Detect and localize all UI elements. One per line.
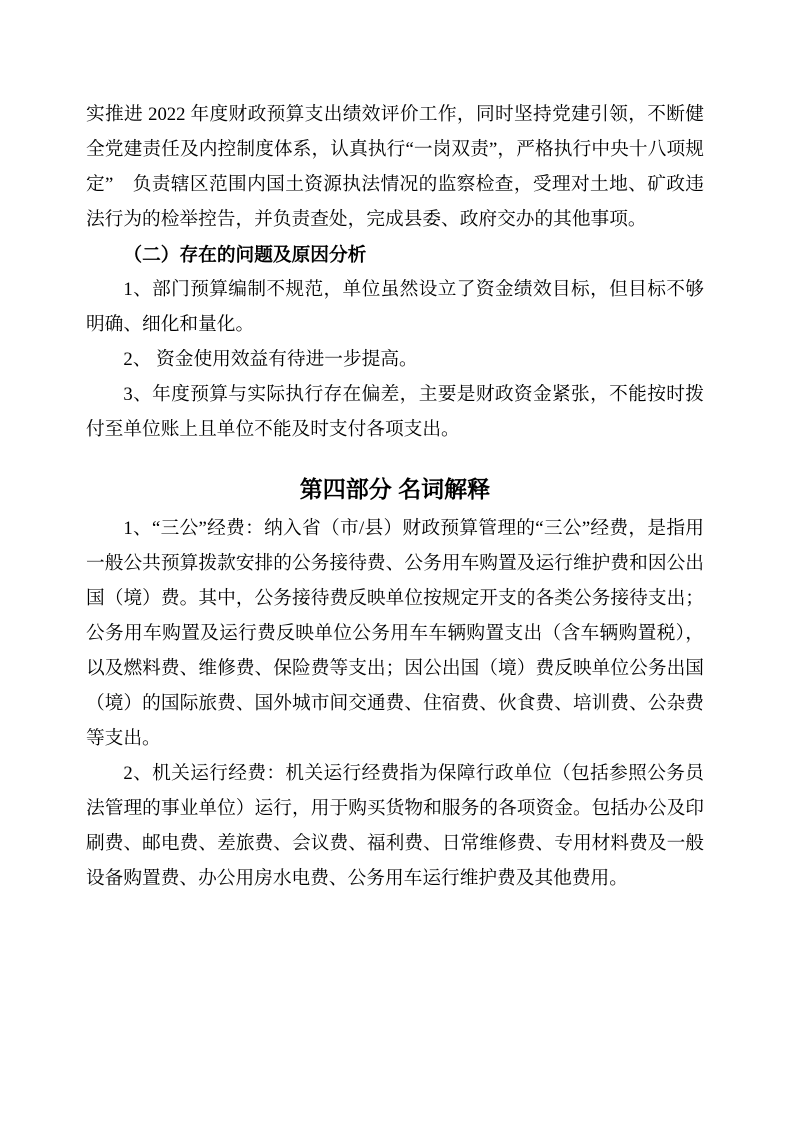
paragraph-duties-continued: 实推进 2022 年度财政预算支出绩效评价工作，同时坚持党建引领，不断健全党建责… — [86, 97, 704, 237]
paragraph-term-sangong-funds: 1、“三公”经费：纳入省（市/县）财政预算管理的“三公”经费，是指用一般公共预算… — [86, 511, 704, 756]
paragraph-problem-1: 1、部门预算编制不规范，单位虽然设立了资金绩效目标，但目标不够明确、细化和量化。 — [86, 272, 704, 342]
page-content: 实推进 2022 年度财政预算支出绩效评价工作，同时坚持党建引领，不断健全党建责… — [86, 97, 704, 896]
document-page: 实推进 2022 年度财政预算支出绩效评价工作，同时坚持党建引领，不断健全党建责… — [0, 0, 793, 1122]
paragraph-problem-3: 3、年度预算与实际执行存在偏差，主要是财政资金紧张，不能按时拨付至单位账上且单位… — [86, 377, 704, 447]
part-heading-terminology: 第四部分 名词解释 — [86, 467, 704, 511]
paragraph-term-agency-operating-funds: 2、机关运行经费：机关运行经费指为保障行政单位（包括参照公务员法管理的事业单位）… — [86, 756, 704, 896]
section-heading-problems-analysis: （二）存在的问题及原因分析 — [86, 237, 704, 272]
paragraph-problem-2: 2、 资金使用效益有待进一步提高。 — [86, 342, 704, 377]
